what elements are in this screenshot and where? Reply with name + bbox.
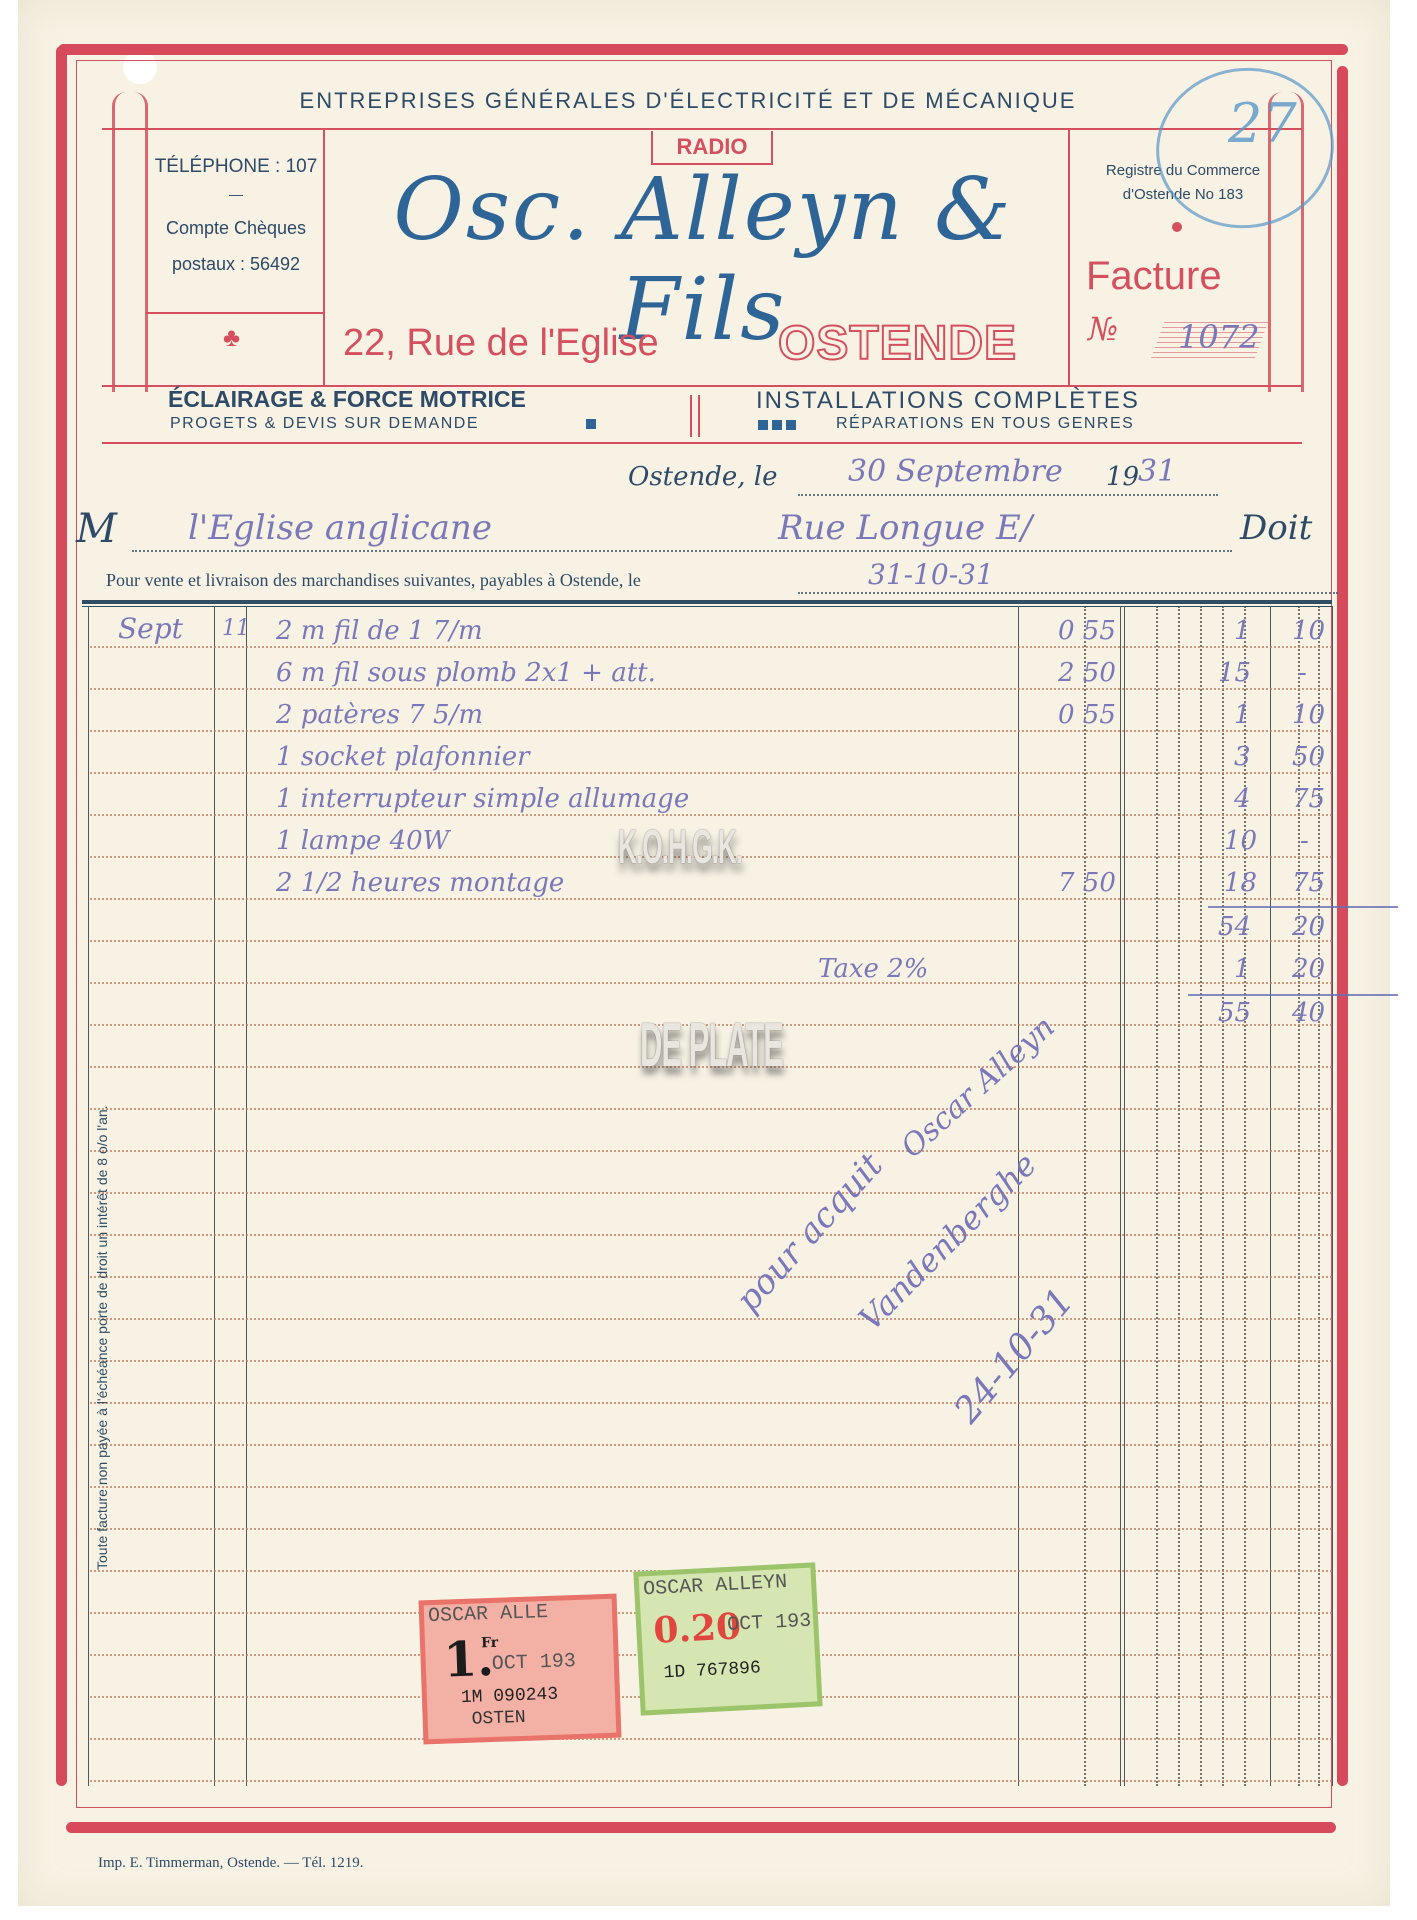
watermark-line1: K.O.H.G.K. bbox=[618, 820, 742, 875]
stamp-cancel-text: OSCAR ALLEYN bbox=[643, 1571, 788, 1602]
col-grid-dots-2 bbox=[1178, 606, 1180, 1786]
compte-cheques-number: postaux : 56492 bbox=[146, 254, 326, 275]
item-amount-cents: 50 bbox=[1292, 742, 1325, 772]
invoice-number: 1072 bbox=[1178, 318, 1259, 356]
ledger-dotted-rule bbox=[90, 1318, 1332, 1320]
ledger-dotted-rule bbox=[90, 1486, 1332, 1488]
service-lighting-sub: PROGETS & DEVIS SUR DEMANDE bbox=[170, 415, 479, 433]
total-rule bbox=[1188, 994, 1398, 996]
square-bullets-icon bbox=[758, 420, 768, 430]
year-prefix: 19 bbox=[1106, 462, 1139, 492]
item-amount-cents: - bbox=[1300, 826, 1309, 856]
item-date-month: Sept bbox=[118, 612, 183, 645]
col-grid-dots-5 bbox=[1244, 606, 1246, 1786]
col-grid-dots-1 bbox=[1156, 606, 1158, 1786]
header-bottom-rule bbox=[102, 442, 1302, 444]
item-description: 2 m fil de 1 7/m bbox=[276, 616, 483, 646]
doit-label: Doit bbox=[1240, 508, 1312, 548]
item-description: 1 lampe 40W bbox=[276, 826, 449, 856]
item-description: 1 interrupteur simple allumage bbox=[276, 784, 689, 814]
ledger-dotted-rule bbox=[90, 982, 1332, 984]
stamp-serial: 1D 767896 bbox=[663, 1658, 761, 1683]
item-amount-cents: 75 bbox=[1292, 784, 1325, 814]
col-unit-dots bbox=[1084, 606, 1086, 1786]
item-amount-francs: 18 bbox=[1224, 868, 1257, 898]
stamp-cancel-date: OCT 193 bbox=[491, 1650, 576, 1676]
ledger-dotted-rule bbox=[90, 772, 1332, 774]
ledger-dotted-rule bbox=[90, 1108, 1332, 1110]
number-prefix-icon: № bbox=[1088, 310, 1118, 348]
printer-imprint: Imp. E. Timmerman, Ostende. — Tél. 1219. bbox=[98, 1855, 364, 1872]
ledger-dotted-rule bbox=[90, 814, 1332, 816]
item-unit-price: 0 55 bbox=[1058, 616, 1116, 646]
ledger-dotted-rule bbox=[90, 1276, 1332, 1278]
item-amount-cents: 10 bbox=[1292, 700, 1325, 730]
center-ornament-icon bbox=[690, 395, 700, 437]
ledger-dotted-rule bbox=[90, 1528, 1332, 1530]
total-francs: 55 bbox=[1218, 998, 1251, 1028]
ledger-dotted-rule bbox=[90, 1360, 1332, 1362]
frame-top bbox=[58, 44, 1348, 55]
item-amount-cents: 75 bbox=[1292, 868, 1325, 898]
col-grid-dots-7 bbox=[1318, 606, 1320, 1786]
subtotal-cents: 20 bbox=[1292, 912, 1325, 942]
item-amount-cents: 10 bbox=[1292, 616, 1325, 646]
company-city: OSTENDE bbox=[778, 316, 1017, 371]
col-date-divider bbox=[214, 606, 215, 1786]
subtotal-francs: 54 bbox=[1218, 912, 1251, 942]
tax-cents: 20 bbox=[1292, 954, 1325, 984]
ledger-dotted-rule bbox=[90, 1192, 1332, 1194]
ledger-dotted-rule bbox=[90, 1150, 1332, 1152]
table-top-rule-thin bbox=[82, 606, 1332, 607]
compte-cheques-label: Compte Chèques bbox=[146, 218, 326, 239]
telephone-label: TÉLÉPHONE : 107 bbox=[146, 156, 326, 178]
ledger-dotted-rule bbox=[90, 688, 1332, 690]
tax-stamp-1fr: 1. Fr OSCAR ALLE OCT 193 1M 090243 OSTEN bbox=[419, 1594, 622, 1745]
due-date-dotted-line bbox=[798, 592, 1338, 594]
col-left-border bbox=[88, 606, 89, 1786]
company-tagline: ENTREPRISES GÉNÉRALES D'ÉLECTRICITÉ ET D… bbox=[213, 88, 1163, 114]
ledger-dotted-rule bbox=[90, 1234, 1332, 1236]
ledger-dotted-rule bbox=[90, 940, 1332, 942]
watermark-line2: DE PLATE bbox=[640, 1010, 783, 1081]
right-box-divider bbox=[1068, 128, 1070, 385]
item-amount-francs: 3 bbox=[1234, 742, 1251, 772]
item-description: 2 1/2 heures montage bbox=[276, 868, 564, 898]
left-ornament-icon bbox=[112, 92, 148, 392]
col-right-border bbox=[1332, 606, 1333, 1786]
customer-name: l'Eglise anglicane bbox=[188, 508, 492, 548]
telephone-divider: — bbox=[146, 186, 326, 202]
circled-mark-number: 27 bbox=[1228, 92, 1297, 155]
col-grid-dots-3 bbox=[1200, 606, 1202, 1786]
col-unit-divider-2 bbox=[1124, 606, 1125, 1786]
tax-francs: 1 bbox=[1234, 954, 1251, 984]
col-grid-dots-6 bbox=[1298, 606, 1300, 1786]
table-top-rule bbox=[82, 600, 1332, 604]
col-unit-divider bbox=[1120, 606, 1121, 1786]
item-unit-price: 2 50 bbox=[1058, 658, 1116, 688]
ledger-dotted-rule bbox=[90, 1780, 1332, 1782]
red-dot-icon bbox=[1172, 222, 1182, 232]
col-francs-divider bbox=[1270, 606, 1271, 1786]
year-suffix: 31 bbox=[1138, 454, 1176, 489]
ledger-dotted-rule bbox=[90, 1444, 1332, 1446]
stamp-cancel-date: OCT 193 bbox=[727, 1610, 812, 1637]
total-cents: 40 bbox=[1292, 998, 1325, 1028]
square-bullet-icon bbox=[586, 419, 596, 429]
item-amount-francs: 1 bbox=[1234, 616, 1251, 646]
frame-left bbox=[56, 46, 67, 1786]
ledger-dotted-rule bbox=[90, 1402, 1332, 1404]
item-amount-francs: 10 bbox=[1224, 826, 1257, 856]
lotus-ornament-icon: ♣ bbox=[223, 322, 240, 353]
date-label: Ostende, le bbox=[628, 462, 778, 492]
stamp-cancel-city: OSTEN bbox=[471, 1708, 526, 1730]
item-unit-price: 0 55 bbox=[1058, 700, 1116, 730]
item-date-day: 11 bbox=[222, 616, 250, 641]
ledger-dotted-rule bbox=[90, 730, 1332, 732]
date-dotted-line bbox=[798, 494, 1218, 496]
invoice-paper: ENTREPRISES GÉNÉRALES D'ÉLECTRICITÉ ET D… bbox=[18, 0, 1390, 1906]
col-day-divider bbox=[246, 606, 247, 1786]
payment-terms: Pour vente et livraison des marchandises… bbox=[106, 570, 641, 591]
item-amount-francs: 4 bbox=[1234, 784, 1251, 814]
item-description: 6 m fil sous plomb 2x1 + att. bbox=[276, 658, 656, 688]
item-unit-price: 7 50 bbox=[1058, 868, 1116, 898]
due-date: 31-10-31 bbox=[868, 558, 994, 591]
customer-prefix: M bbox=[76, 506, 117, 552]
late-payment-note: Toute facture non payée à l'échéance por… bbox=[94, 930, 110, 1570]
tax-label: Taxe 2% bbox=[818, 954, 928, 984]
stamp-cancel-text: OSCAR ALLE bbox=[428, 1601, 549, 1628]
frame-bottom bbox=[66, 1822, 1336, 1833]
subtotal-rule bbox=[1208, 906, 1398, 908]
ledger-dotted-rule bbox=[90, 646, 1332, 648]
service-installations-title: INSTALLATIONS COMPLÈTES bbox=[756, 387, 1140, 415]
left-box-subrule bbox=[146, 312, 323, 314]
facture-title: Facture bbox=[1086, 254, 1222, 299]
stamp-serial: 1M 090243 bbox=[461, 1685, 559, 1708]
frame-right bbox=[1337, 66, 1348, 1786]
customer-address: Rue Longue E/ bbox=[778, 508, 1032, 548]
tax-stamp-020: 0.20 OSCAR ALLEYN OCT 193 1D 767896 bbox=[633, 1562, 822, 1715]
date-value: 30 Septembre bbox=[848, 454, 1063, 489]
ledger-dotted-rule bbox=[90, 1738, 1332, 1740]
item-description: 2 patères 7 5/m bbox=[276, 700, 483, 730]
service-lighting-title: ÉCLAIRAGE & FORCE MOTRICE bbox=[168, 386, 526, 413]
ledger-dotted-rule bbox=[90, 898, 1332, 900]
item-description: 1 socket plafonnier bbox=[276, 742, 530, 772]
item-amount-francs: 15 bbox=[1218, 658, 1251, 688]
item-amount-francs: 1 bbox=[1234, 700, 1251, 730]
item-amount-cents: - bbox=[1298, 658, 1307, 688]
col-grid-dots-4 bbox=[1222, 606, 1224, 1786]
stamp-unit: Fr bbox=[481, 1635, 499, 1652]
header-top-rule bbox=[102, 128, 1302, 130]
company-address: 22, Rue de l'Eglise bbox=[343, 322, 659, 365]
service-repairs-sub: RÉPARATIONS EN TOUS GENRES bbox=[836, 415, 1134, 433]
customer-dotted-line bbox=[132, 550, 1232, 552]
